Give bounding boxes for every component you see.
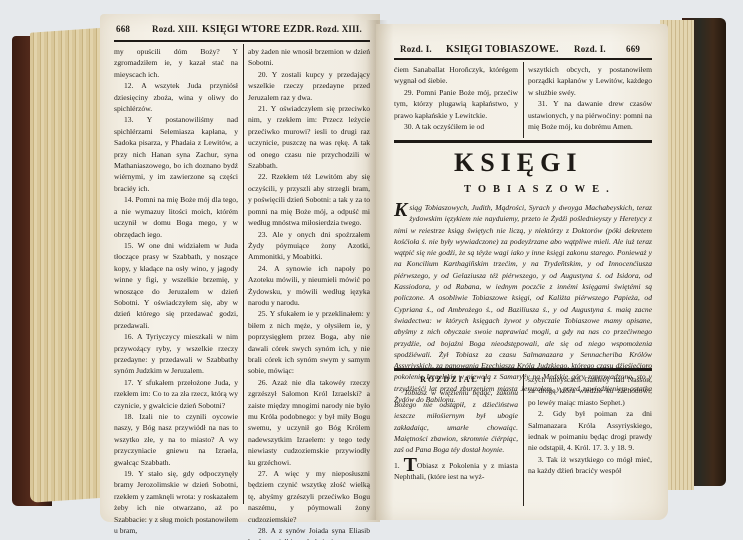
left-page: 668 Rozd. XIII. KSIĘGI WTORE EZDR. Rozd.… [100,14,380,522]
right-chapter-label: Rozd. I. [400,44,432,54]
verse-18: 18. Izali nie to czynili oycowie naszy, … [114,411,238,468]
book-title: KSIĘGI [454,148,583,178]
chapter-heading: ROZDZIAŁ I. [394,374,518,385]
header-rule [114,40,370,42]
right-running-title: KSIĘGI TOBIASZOWE. [446,44,559,55]
verse-3: 3. Tak iż wszytkiego co mógł mieć, na ka… [528,454,652,477]
column-separator [243,44,244,504]
left-chapter-label: Rozd. XIII. [152,24,198,34]
verse-22: 22. Rzekłem téż Lewitóm aby się oczyścil… [248,171,370,228]
verse-28: 28. A z synów Joiada syna Eliasib kapłan… [248,525,370,540]
column-separator [523,374,524,506]
verse-13: 13. Y postanowiliśmy nad spichlérzami Se… [114,114,238,194]
paragraph: aby żaden nie wnosił brzemion w dzień So… [248,46,370,69]
verse-25: 25. Y sfukałem ie y przeklinałem: y biłe… [248,308,370,376]
verse-27: 27. A więc y my nieposłuszni będziem czy… [248,468,370,525]
intro-rule [394,368,652,371]
right-chapter-label-right: Rozd. I. [574,44,606,54]
verse-24: 24. A synowie ich napoły po Azoteku mówi… [248,263,370,309]
left-column-2: aby żaden nie wnosił brzemion w dzień So… [248,46,370,540]
right-bottom-column-2: szych mieyscach Galileéy nad Nasson, za … [528,374,652,477]
column-separator [523,62,524,138]
paragraph: my opuścili dóm Boży? Y zgromadziłem ie,… [114,46,238,80]
verse-30: 30. A tak oczyśćiłem ie od [394,121,518,132]
right-page: Rozd. I. KSIĘGI TOBIASZOWE. Rozd. I. 669… [376,24,668,520]
verse-17: 17. Y sfukałem przełożone Juda, y rzekłe… [114,377,238,411]
left-page-number: 668 [116,24,130,34]
paragraph: wszytkich obcych, y postanowiłem porządk… [528,64,652,98]
chapter-summary: Tobiasz w więźieniu będąc, zakonu Bożego… [394,387,518,455]
verse-1: 1. TObiasz z Pokolenia y z miasta Nephth… [394,460,518,483]
verse-2: 2. Gdy był poiman za dni Salmanazara Kró… [528,408,652,454]
page-edges-left [30,27,110,503]
right-top-column-1: ćiem Sanaballat Horoñczyk, którégem wygn… [394,64,518,132]
verse-15: 15. W one dni widziałem w Juda tłoczące … [114,240,238,331]
verse-26: 26. Azaż nie dla takowéy rzeczy zgrzészy… [248,377,370,468]
left-column-1: my opuścili dóm Boży? Y zgromadziłem ie,… [114,46,238,536]
header-rule [394,58,652,60]
verse-14: 14. Pomni na mię Boże mój dla tego, a ni… [114,194,238,240]
book-subtitle: TOBIASZOWE. [464,184,616,195]
verse-23: 23. Ale y onych dni spoźrzałem Żydy póym… [248,229,370,263]
right-top-column-2: wszytkich obcych, y postanowiłem porządk… [528,64,652,132]
verse-20: 20. Y zostali kupcy y przedający wszelki… [248,69,370,103]
verse-21: 21. Y oświadczyłem się przeciwko nim, y … [248,103,370,171]
intro-drop-cap: K [394,202,407,218]
left-running-title: KSIĘGI WTORE EZDR. [202,24,314,35]
right-bottom-column-1: ROZDZIAŁ I. Tobiasz w więźieniu będąc, z… [394,374,518,483]
right-page-number: 669 [626,44,640,54]
verse-1-number: 1. [394,461,400,470]
paragraph: ćiem Sanaballat Horoñczyk, którégem wygn… [394,64,518,87]
verse-16: 16. A Tyriyczycy mieszkali w nim przywoż… [114,331,238,377]
verse-19: 19. Y stało się, gdy odpoczynęły bramy J… [114,468,238,536]
verse-29: 29. Pomni Panie Boże mój, przećiw tym, k… [394,87,518,121]
left-chapter-label-right: Rozd. XIII. [316,24,362,34]
paragraph: szych mieyscach Galileéy nad Nasson, za … [528,374,652,408]
section-rule [394,140,652,143]
verse-12: 12. A wszytek Juda przyniósł dziesięciny… [114,80,238,114]
verse-31: 31. Y na dawanie drew czasów ustawionych… [528,98,652,132]
